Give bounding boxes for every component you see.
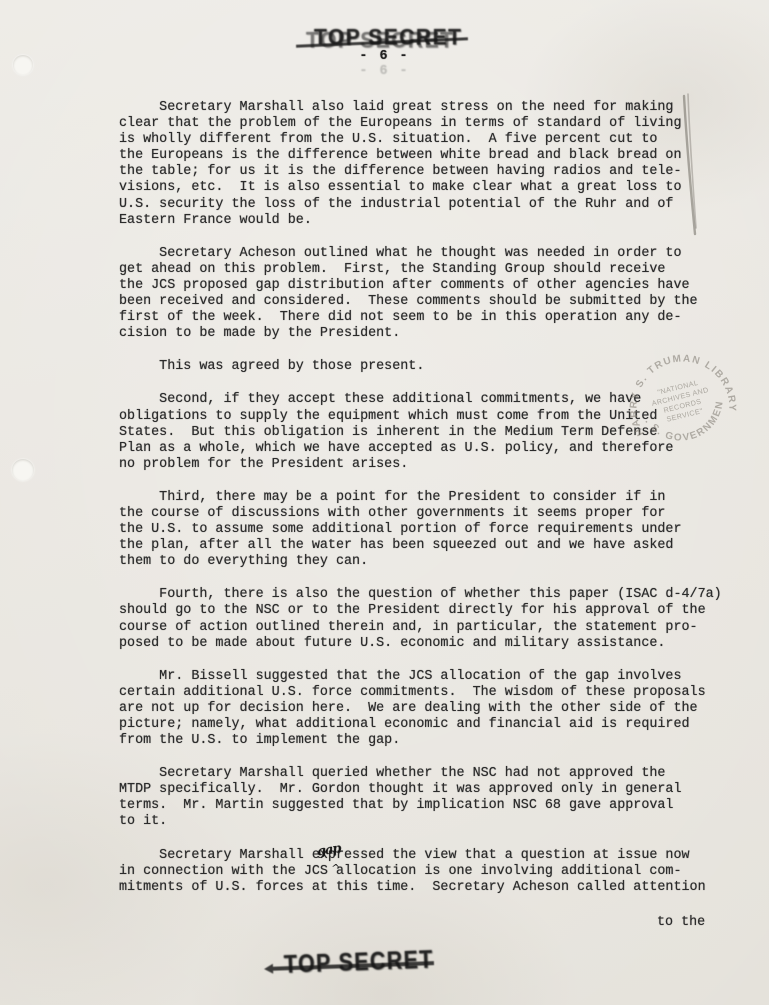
strike-line-arrowhead (259, 964, 273, 974)
document-body: Secretary Marshall also laid great stres… (119, 100, 749, 913)
hole-punch-middle (12, 459, 34, 481)
page-number-ghost: - 6 - (0, 64, 769, 79)
pencil-margin-emphasis-mark (678, 90, 706, 242)
paragraph-marshall-view: Secretary Marshall expressed the view th… (119, 848, 749, 896)
insertion-caret-mark: ^ (330, 862, 341, 876)
paragraph-marshall-standard-of-living: Secretary Marshall also laid great stres… (119, 100, 749, 229)
paragraph-fourth-point: Fourth, there is also the question of wh… (119, 587, 749, 651)
paragraph-marshall-query: Secretary Marshall queried whether the N… (119, 766, 749, 830)
page-number: - 6 - (0, 49, 769, 64)
paragraph-acheson-first-point: Secretary Acheson outlined what he thoug… (119, 246, 749, 343)
paragraph-third-point: Third, there may be a point for the Pres… (119, 490, 749, 570)
paragraph-bissell: Mr. Bissell suggested that the JCS alloc… (119, 669, 749, 749)
continuation-catchword: to the (657, 915, 705, 930)
scanned-document-page: TOP SECRET TOP SECRET - 6 - - 6 - Secret… (0, 0, 769, 1005)
